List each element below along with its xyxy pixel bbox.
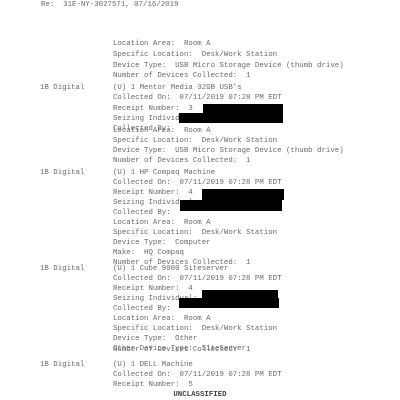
redaction-box [179,113,283,123]
location-area: Location Area: Room A [113,39,211,49]
device-type: Device Type: Other [113,334,197,344]
devices-collected: Number of Devices Collected: 1 [113,71,251,81]
make: Make: HQ Compaq [113,248,184,258]
location-area: Location Area: Room A [113,126,211,136]
collected-on: Collected On: 07/11/2019 07:28 PM EDT [113,93,282,103]
collected-on: Collected On: 07/11/2019 07:28 PM EDT [113,274,282,284]
location-area: Location Area: Room A [113,218,211,228]
item-title: (U) 1 Mentor Media 32GB USB's [113,83,242,93]
classification-footer: UNCLASSIFIED [0,390,400,400]
device-type: Device Type: Computer [113,238,211,248]
evidence-category: 1B Digital [40,264,84,274]
item-title: (U) 1 HP Compaq Machine [113,168,215,178]
item-title: (U) 1 Cube 9000 Siteserver [113,264,228,274]
specific-location: Specific Location: Desk/Work Station [113,228,277,238]
evidence-category: 1B Digital [40,83,84,93]
collected-on: Collected On: 07/11/2019 07:28 PM EDT [113,370,282,380]
device-type: Device Type: USB Micro Storage Device (t… [113,61,344,71]
redaction-box [179,298,279,308]
redaction-box [180,200,282,211]
devices-collected: Number of Devices Collected: 1 [113,345,251,355]
item-title: (U) 1 DELL Machine [113,360,193,370]
collected-by: Collected By: [113,304,171,314]
reference-header: Re: 31E-NY-3027571, 07/16/2019 [41,0,179,10]
evidence-category: 1B Digital [40,168,84,178]
collected-on: Collected On: 07/11/2019 07:28 PM EDT [113,178,282,188]
specific-location: Specific Location: Desk/Work Station [113,324,277,334]
redaction-box [202,189,284,200]
specific-location: Specific Location: Desk/Work Station [113,136,277,146]
devices-collected: Number of Devices Collected: 1 [113,156,251,166]
receipt-number: Receipt Number: 4 [113,188,193,198]
collected-by: Collected By: [113,208,171,218]
receipt-number: Receipt Number: 5 [113,380,193,390]
evidence-category: 1B Digital [40,360,84,370]
device-type: Device Type: USB Micro Storage Device (t… [113,146,344,156]
specific-location: Specific Location: Desk/Work Station [113,50,277,60]
receipt-number: Receipt Number: 4 [113,284,193,294]
location-area: Location Area: Room A [113,314,211,324]
